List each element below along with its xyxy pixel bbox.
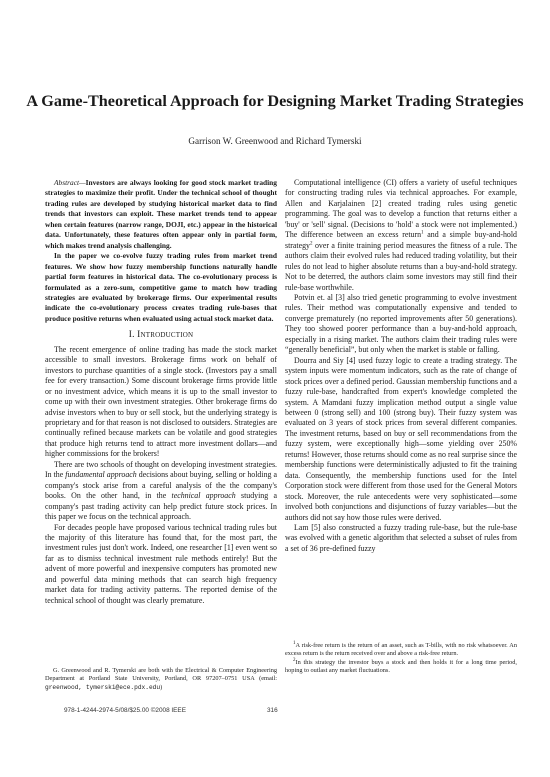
- body-paragraph: There are two schools of thought on deve…: [45, 460, 277, 523]
- affiliation-close: ): [160, 684, 162, 691]
- abstract: Abstract—Investors are always looking fo…: [45, 178, 277, 324]
- affiliation-text: G. Greenwood and R. Tymerski are both wi…: [45, 667, 277, 692]
- abstract-text-1: Investors are always looking for good st…: [45, 178, 277, 250]
- body-paragraph: For decades people have proposed various…: [45, 523, 277, 607]
- affiliation-footnote: G. Greenwood and R. Tymerski are both wi…: [45, 667, 277, 692]
- copyright-footer: 978-1-4244-2974-5/08/$25.00 ©2008 IEEE: [64, 707, 186, 714]
- emphasis-technical-approach: technical approach: [172, 491, 236, 500]
- right-column: Computational intelligence (CI) offers a…: [285, 178, 517, 554]
- footnote-text: A risk-free return is the return of an a…: [285, 642, 517, 657]
- paper-authors: Garrison W. Greenwood and Richard Tymers…: [0, 136, 550, 146]
- body-paragraph: The recent emergence of online trading h…: [45, 345, 277, 460]
- abstract-label: Abstract—: [54, 178, 86, 187]
- section-heading-introduction: I. Introduction: [45, 330, 277, 340]
- page-number: 316: [267, 707, 278, 714]
- text-run: over a finite training period measures t…: [285, 241, 517, 292]
- footnote-2: 2In this strategy the investor buys a st…: [285, 659, 517, 676]
- body-paragraph: Potvin et. al [3] also tried genetic pro…: [285, 293, 517, 356]
- body-paragraph: Computational intelligence (CI) offers a…: [285, 178, 517, 293]
- paper-title: A Game-Theoretical Approach for Designin…: [0, 92, 550, 111]
- footnote-1: 1A risk-free return is the return of an …: [285, 642, 517, 659]
- affiliation-email: greenwood, tymerski@ece.pdx.edu: [45, 684, 160, 691]
- footnotes: 1A risk-free return is the return of an …: [285, 642, 517, 676]
- left-column: Abstract—Investors are always looking fo…: [45, 178, 277, 606]
- body-paragraph: Dourra and Siy [4] used fuzzy logic to c…: [285, 356, 517, 523]
- abstract-paragraph-1: Abstract—Investors are always looking fo…: [45, 178, 277, 251]
- body-paragraph: Lam [5] also constructed a fuzzy trading…: [285, 523, 517, 554]
- affiliation-body: G. Greenwood and R. Tymerski are both wi…: [45, 667, 277, 682]
- footnote-text: In this strategy the investor buys a sto…: [285, 659, 517, 674]
- abstract-paragraph-2: In the paper we co-evolve fuzzy trading …: [45, 251, 277, 324]
- emphasis-fundamental-approach: fundamental approach: [65, 470, 136, 479]
